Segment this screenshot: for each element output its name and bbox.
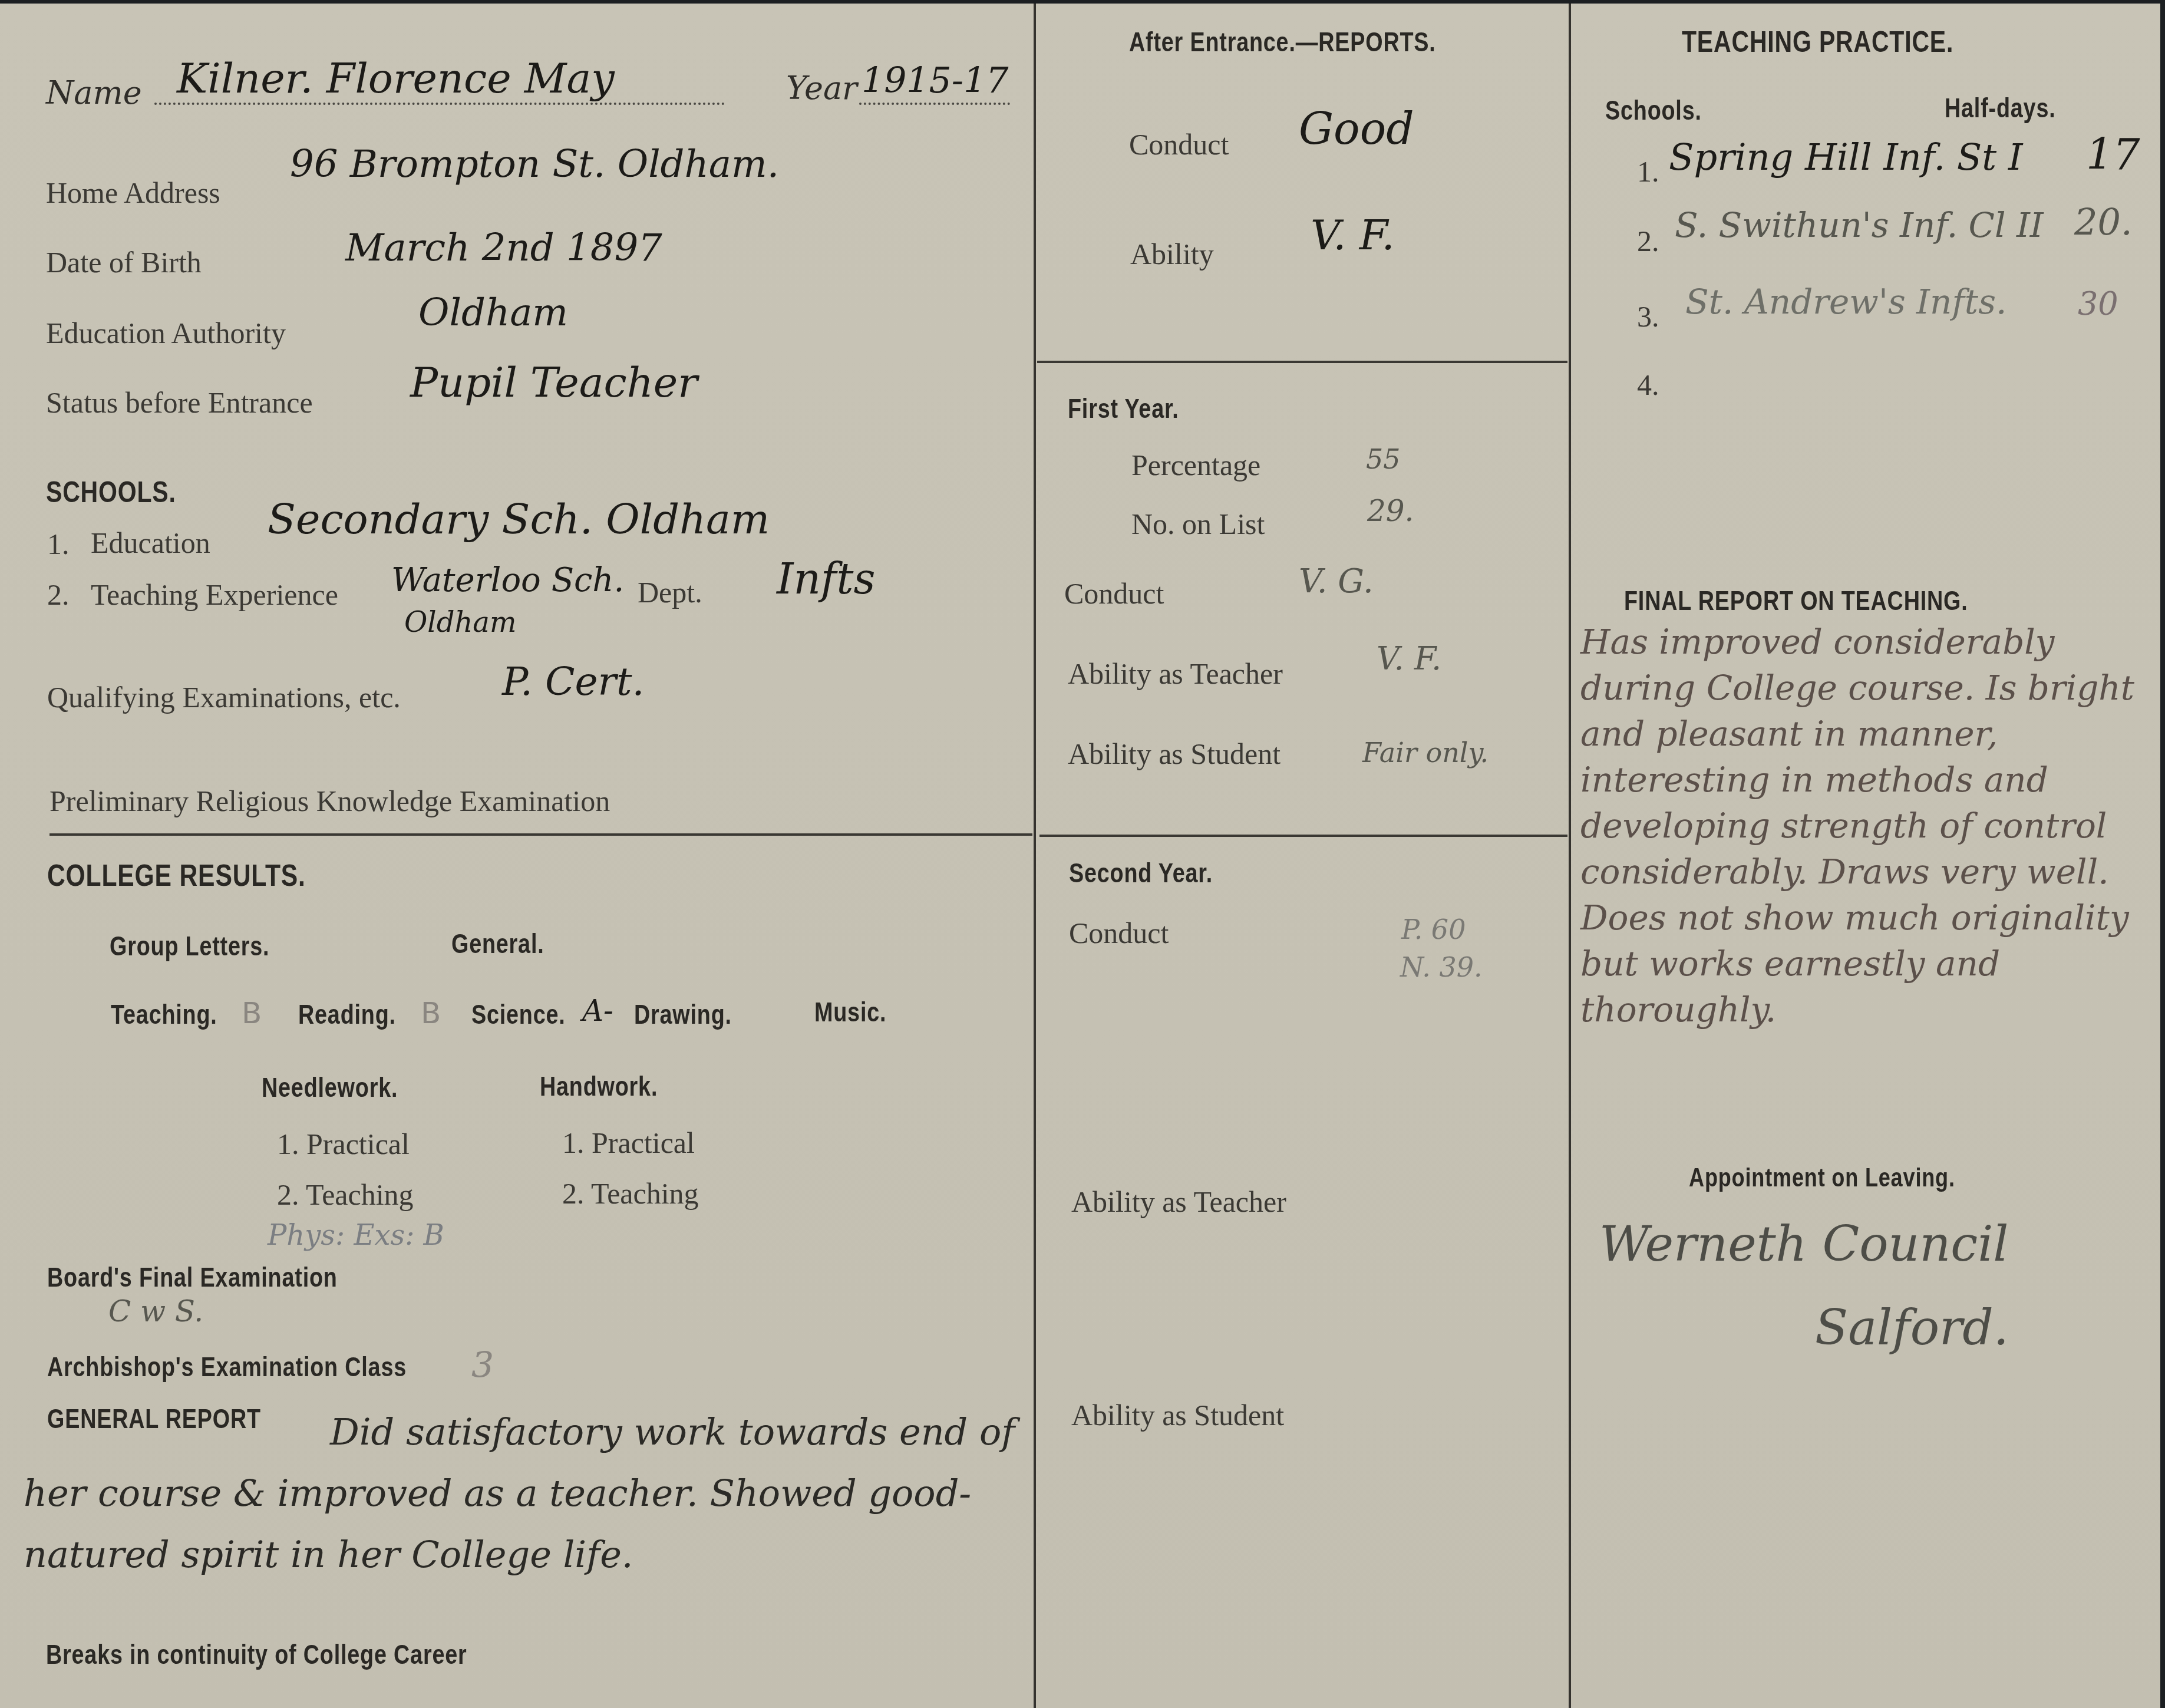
student-record-card: Name Kilner. Florence May Year 1915-17 H… (0, 4, 2160, 1708)
percentage-label: Percentage (1131, 448, 1260, 482)
appointment-line2: Salford. (1815, 1300, 2009, 1356)
status-value: Pupil Teacher (410, 358, 698, 407)
experience-label: Teaching Experience (91, 578, 338, 612)
experience-num: 2. (47, 578, 70, 612)
science-grade: A- (582, 994, 613, 1028)
after-entrance-conduct-value: Good (1299, 104, 1414, 154)
first-year-teacher-label: Ability as Teacher (1068, 657, 1283, 691)
year-label: Year (786, 70, 857, 107)
final-report-text: Has improved considerably during College… (1580, 619, 2146, 1033)
section-divider-first-year (1039, 835, 1567, 837)
status-label: Status before Entrance (46, 385, 313, 420)
handwork-label: Handwork. (540, 1070, 658, 1102)
section-divider-left (49, 833, 1032, 836)
second-year-heading: Second Year. (1069, 857, 1213, 889)
needlework-teaching: 2. Teaching (277, 1178, 414, 1212)
education-authority-value: Oldham (418, 291, 568, 335)
first-year-conduct-label: Conduct (1064, 576, 1164, 611)
education-num: 1. (47, 527, 70, 561)
schools-heading: SCHOOLS. (46, 475, 176, 509)
tp-row-1-halfdays: 17 (2086, 130, 2140, 179)
reading-grade: B (421, 996, 441, 1030)
experience-value-line1: Waterloo Sch. (391, 561, 624, 599)
tp-row-1-num: 1. (1637, 154, 1659, 189)
section-divider-after-entrance (1037, 361, 1567, 363)
archbishop-label: Archbishop's Examination Class (47, 1351, 407, 1383)
second-year-conduct-value-line1: P. 60 (1401, 914, 1466, 945)
first-year-heading: First Year. (1068, 393, 1179, 424)
first-year-teacher-value: V. F. (1377, 640, 1441, 677)
experience-value-line2: Oldham (404, 606, 516, 639)
date-of-birth-value: March 2nd 1897 (345, 226, 662, 270)
tp-row-3-halfdays: 30 (2078, 285, 2118, 322)
first-year-conduct-value: V. G. (1299, 562, 1374, 601)
name-dotted-line (154, 103, 725, 105)
home-address-label: Home Address (46, 176, 220, 210)
appointment-heading: Appointment on Leaving. (1689, 1163, 1955, 1193)
boards-final-value: C w S. (108, 1294, 203, 1328)
group-letters-label: Group Letters. (110, 930, 269, 962)
percentage-value: 55 (1366, 443, 1401, 475)
tp-row-2-halfdays: 20. (2074, 200, 2133, 243)
phys-exs-value: Phys: Exs: B (268, 1219, 444, 1252)
after-entrance-ability-value: V. F. (1311, 211, 1395, 259)
name-label: Name (46, 74, 142, 111)
science-label: Science. (471, 998, 566, 1030)
needlework-practical: 1. Practical (277, 1127, 410, 1161)
column-divider-left (1034, 4, 1036, 1708)
needlework-label: Needlework. (262, 1071, 398, 1103)
tp-row-2-num: 2. (1637, 224, 1659, 258)
teaching-practice-heading: TEACHING PRACTICE. (1682, 25, 1953, 59)
second-year-student-label: Ability as Student (1071, 1398, 1284, 1432)
year-value: 1915-17 (862, 60, 1008, 101)
education-value: Secondary Sch. Oldham (268, 495, 770, 543)
handwork-teaching: 2. Teaching (562, 1176, 699, 1211)
after-entrance-ability-label: Ability (1130, 237, 1214, 271)
handwork-practical: 1. Practical (562, 1126, 695, 1160)
year-dotted-line (859, 103, 1010, 105)
breaks-label: Breaks in continuity of College Career (46, 1638, 467, 1670)
no-on-list-value: 29. (1367, 494, 1414, 528)
column-divider-right (1569, 4, 1571, 1708)
reading-label: Reading. (298, 998, 396, 1030)
after-entrance-heading: After Entrance.—REPORTS. (1129, 26, 1436, 58)
general-label: General. (451, 928, 544, 959)
qualifying-value: P. Cert. (502, 659, 645, 704)
dept-value: Infts (777, 554, 875, 604)
tp-schools-label: Schools. (1605, 94, 1702, 126)
dept-label: Dept. (638, 575, 702, 609)
first-year-student-value: Fair only. (1362, 737, 1489, 769)
tp-row-3-school: St. Andrew's Infts. (1685, 282, 2006, 322)
second-year-conduct-label: Conduct (1069, 916, 1169, 950)
home-address-value: 96 Brompton St. Oldham. (290, 143, 779, 186)
tp-row-4-num: 4. (1637, 368, 1659, 402)
after-entrance-conduct-label: Conduct (1129, 127, 1229, 161)
first-year-student-label: Ability as Student (1068, 737, 1280, 771)
tp-halfdays-label: Half-days. (1945, 92, 2055, 124)
date-of-birth-label: Date of Birth (46, 245, 202, 279)
music-label: Music. (814, 996, 886, 1028)
general-report-text: Did satisfactory work towards end of her… (24, 1402, 1025, 1585)
religious-label: Preliminary Religious Knowledge Examinat… (49, 784, 610, 818)
name-value: Kilner. Florence May (177, 54, 615, 103)
boards-final-label: Board's Final Examination (47, 1261, 338, 1293)
education-authority-label: Education Authority (46, 316, 286, 350)
tp-row-3-num: 3. (1637, 299, 1659, 334)
archbishop-value: 3 (471, 1345, 494, 1386)
college-results-heading: COLLEGE RESULTS. (47, 858, 306, 893)
tp-row-1-school: Spring Hill Inf. St I (1669, 136, 2022, 179)
qualifying-label: Qualifying Examinations, etc. (47, 680, 401, 714)
no-on-list-label: No. on List (1131, 507, 1265, 541)
second-year-conduct-value-line2: N. 39. (1400, 951, 1483, 983)
teaching-label: Teaching. (111, 998, 217, 1030)
second-year-teacher-label: Ability as Teacher (1071, 1185, 1286, 1219)
drawing-label: Drawing. (634, 998, 732, 1030)
appointment-line1: Werneth Council (1599, 1216, 2009, 1272)
teaching-grade: B (242, 996, 262, 1030)
tp-row-2-school: S. Swithun's Inf. Cl II (1675, 205, 2044, 245)
final-report-heading: FINAL REPORT ON TEACHING. (1624, 585, 1968, 616)
education-label: Education (91, 526, 210, 560)
